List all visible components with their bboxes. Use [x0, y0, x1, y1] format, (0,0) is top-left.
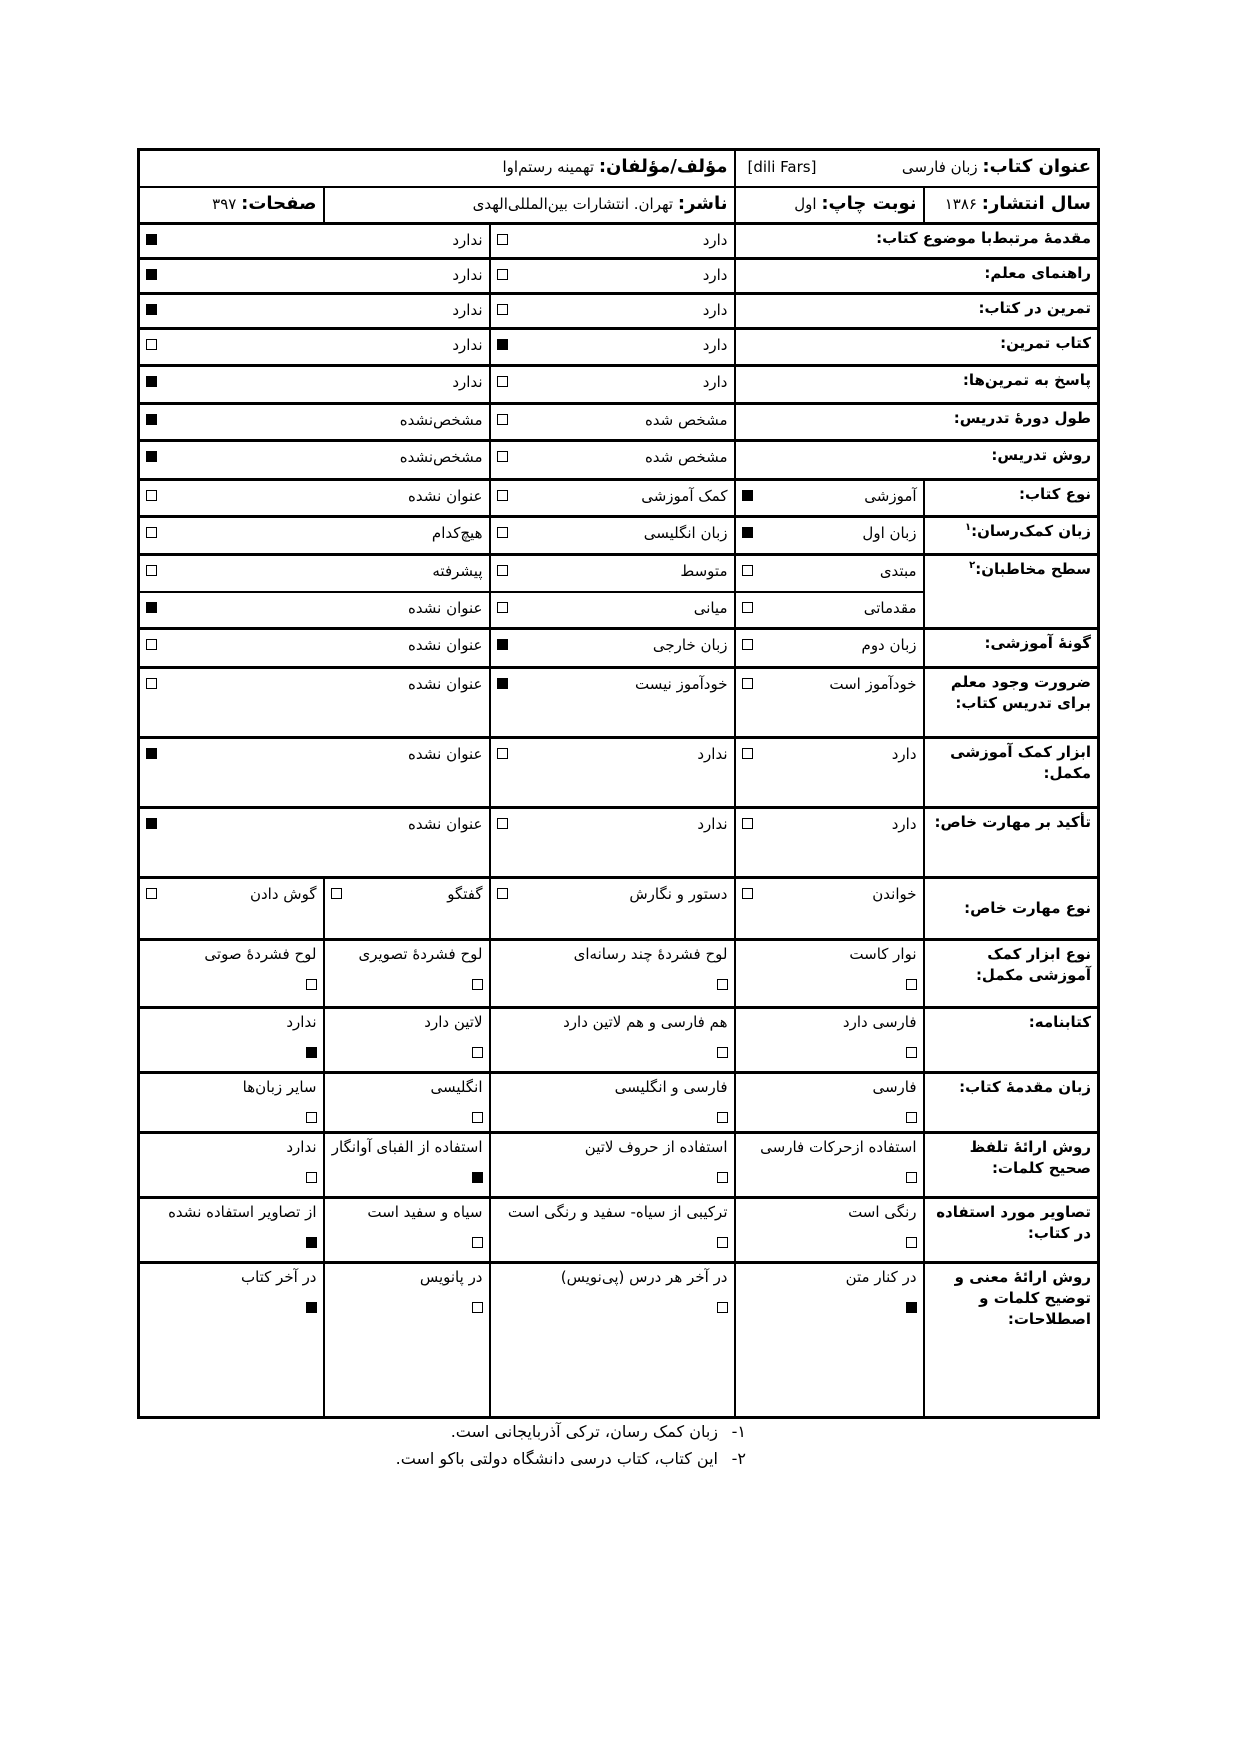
option[interactable]: دارد: [742, 742, 917, 765]
checkbox-checked-icon[interactable]: [306, 1302, 317, 1313]
checkbox-checked-icon[interactable]: [497, 639, 508, 650]
option[interactable]: سیاه و سفید است: [331, 1202, 483, 1248]
option[interactable]: ندارد: [146, 263, 483, 286]
option[interactable]: ندارد: [146, 228, 483, 251]
option[interactable]: میانی: [497, 596, 728, 619]
option[interactable]: زبان دوم: [742, 633, 917, 656]
option-cell: عنوان نشده: [139, 808, 490, 878]
field-label: روش ارائهٔ تلفظ صحیح کلمات:: [924, 1133, 1099, 1198]
form-row: گونهٔ آموزشی:زبان دومزبان خارجیعنوان نشد…: [139, 629, 1099, 668]
checkbox-checked-icon[interactable]: [146, 451, 157, 462]
option-cell: مشخص‌نشده: [139, 441, 490, 480]
option-label: لوح فشردهٔ صوتی: [146, 944, 317, 965]
title-latin: [dili Fars]: [748, 157, 817, 178]
footnote-1: ۱-زبان کمک رسان، ترکی آذربایجانی است.: [396, 1418, 746, 1445]
option[interactable]: خودآموز نیست: [497, 672, 728, 695]
option-cell: ترکیبی از سیاه- سفید و رنگی است: [490, 1198, 735, 1263]
option-cell: نوار کاست: [735, 940, 924, 1008]
option[interactable]: دارد: [497, 370, 728, 393]
option-cell: مشخص‌نشده: [139, 404, 490, 441]
option-cell: عنوان نشده: [139, 738, 490, 808]
option[interactable]: ندارد: [497, 742, 728, 765]
option-label: زبان انگلیسی: [644, 521, 728, 544]
checkbox-checked-icon[interactable]: [146, 234, 157, 245]
option-cell: هیچ‌کدام: [139, 517, 490, 555]
option-label: متوسط: [680, 559, 727, 582]
checkbox-checked-icon[interactable]: [146, 748, 157, 759]
option-label: کمک آموزشی: [641, 484, 727, 507]
checkbox-unchecked-icon[interactable]: [146, 565, 157, 576]
option[interactable]: استفاده از حروف لاتین: [497, 1137, 728, 1183]
form-row: نوع ابزار کمک آموزشی مکمل:نوار کاستلوح ف…: [139, 940, 1099, 1008]
option-label: در آخر هر درس (پی‌نویس): [497, 1267, 728, 1288]
option[interactable]: پیشرفته: [146, 559, 483, 582]
option-cell: ندارد: [139, 259, 490, 294]
option-cell: در کنار متن: [735, 1263, 924, 1418]
option-label: عنوان نشده: [408, 633, 482, 656]
field-label: تمرین در کتاب:: [735, 294, 1099, 329]
option[interactable]: لوح فشردهٔ چند رسانه‌ای: [497, 944, 728, 990]
checkbox-unchecked-icon[interactable]: [742, 818, 753, 829]
option-label: دستور و نگارش: [629, 882, 727, 905]
field-label: مقدمهٔ مرتبط‌با موضوع کتاب:: [735, 224, 1099, 259]
option-cell: از تصاویر استفاده نشده: [139, 1198, 324, 1263]
checkbox-unchecked-icon[interactable]: [472, 1302, 483, 1313]
option[interactable]: رنگی است: [742, 1202, 917, 1248]
option[interactable]: مقدماتی: [742, 596, 917, 619]
checkbox-unchecked-icon[interactable]: [742, 602, 753, 613]
option[interactable]: مشخص‌نشده: [146, 445, 483, 468]
field-label: کتابنامه:: [924, 1008, 1099, 1073]
checkbox-unchecked-icon[interactable]: [497, 451, 508, 462]
option-label: زبان خارجی: [653, 633, 728, 656]
option-label: فارسی دارد: [742, 1012, 917, 1033]
option[interactable]: در آخر کتاب: [146, 1267, 317, 1313]
field-label: ابزار کمک آموزشی مکمل:: [924, 738, 1099, 808]
option[interactable]: مشخص‌نشده: [146, 408, 483, 431]
form-row: کتاب تمرین:داردندارد: [139, 329, 1099, 366]
title-value: زبان فارسی: [902, 158, 978, 176]
checkbox-unchecked-icon[interactable]: [497, 888, 508, 899]
option-cell: هم فارسی و هم لاتین دارد: [490, 1008, 735, 1073]
checkbox-unchecked-icon[interactable]: [306, 1112, 317, 1123]
option-label: انگلیسی: [331, 1077, 483, 1098]
option-label: گوش دادن: [250, 882, 317, 905]
option-label: ندارد: [146, 1137, 317, 1158]
book-review-form: عنوان کتاب: زبان فارسی [dili Fars] مؤلف/…: [137, 148, 1100, 1419]
publisher-cell: ناشر: تهران. انتشارات بین‌المللی‌الهدی: [324, 187, 735, 224]
option-label: لاتین دارد: [331, 1012, 483, 1033]
option-cell: استفاده از حروف لاتین: [490, 1133, 735, 1198]
option-label: دارد: [892, 812, 917, 835]
option-cell: سیاه و سفید است: [324, 1198, 490, 1263]
option[interactable]: عنوان نشده: [146, 596, 483, 619]
option-label: زبان اول: [862, 521, 916, 544]
option-cell: مشخص شده: [490, 441, 735, 480]
pages-label: صفحات:: [241, 193, 316, 214]
option-cell: انگلیسی: [324, 1073, 490, 1133]
option[interactable]: زبان اول: [742, 521, 917, 544]
field-label: زبان کمک‌رسان:۱: [924, 517, 1099, 555]
option[interactable]: عنوان نشده: [146, 742, 483, 765]
checkbox-unchecked-icon[interactable]: [906, 1237, 917, 1248]
option[interactable]: دارد: [497, 333, 728, 356]
checkbox-unchecked-icon[interactable]: [497, 602, 508, 613]
option-label: زبان دوم: [862, 633, 917, 656]
field-label: زبان مقدمهٔ کتاب:: [924, 1073, 1099, 1133]
form-row: مقدمهٔ مرتبط‌با موضوع کتاب:داردندارد: [139, 224, 1099, 259]
checkbox-unchecked-icon[interactable]: [742, 678, 753, 689]
option-label: سیاه و سفید است: [331, 1202, 483, 1223]
option-cell: لاتین دارد: [324, 1008, 490, 1073]
option-cell: دارد: [735, 738, 924, 808]
option[interactable]: انگلیسی: [331, 1077, 483, 1123]
field-label: کتاب تمرین:: [735, 329, 1099, 366]
option-cell: آموزشی: [735, 480, 924, 517]
option[interactable]: زبان خارجی: [497, 633, 728, 656]
checkbox-unchecked-icon[interactable]: [497, 818, 508, 829]
option-cell: رنگی است: [735, 1198, 924, 1263]
option[interactable]: هم فارسی و هم لاتین دارد: [497, 1012, 728, 1058]
header-row-publication: سال انتشار: ۱۳۸۶ نوبت چاپ: اول ناشر: تهر…: [139, 187, 1099, 224]
checkbox-checked-icon[interactable]: [146, 376, 157, 387]
option-label: ندارد: [452, 263, 482, 286]
option[interactable]: خودآموز است: [742, 672, 917, 695]
option-label: در کنار متن: [742, 1267, 917, 1288]
option-label: مشخص شده: [645, 408, 728, 431]
option-cell: عنوان نشده: [139, 629, 490, 668]
option[interactable]: لوح فشردهٔ تصویری: [331, 944, 483, 990]
checkbox-unchecked-icon[interactable]: [497, 490, 508, 501]
title-cell: عنوان کتاب: زبان فارسی [dili Fars]: [735, 150, 1099, 187]
option-label: مشخص شده: [645, 445, 728, 468]
field-label: نوع مهارت خاص:: [924, 878, 1099, 940]
option-label: عنوان نشده: [408, 812, 482, 835]
option-label: پیشرفته: [432, 559, 482, 582]
option-label: ترکیبی از سیاه- سفید و رنگی است: [497, 1202, 728, 1223]
checkbox-checked-icon[interactable]: [742, 490, 753, 501]
option[interactable]: ندارد: [146, 298, 483, 321]
form-row: روش تدریس:مشخص شدهمشخص‌نشده: [139, 441, 1099, 480]
option-label: ندارد: [452, 228, 482, 251]
publisher-label: ناشر:: [678, 193, 728, 214]
option[interactable]: متوسط: [497, 559, 728, 582]
option[interactable]: نوار کاست: [742, 944, 917, 990]
option[interactable]: در پانویس: [331, 1267, 483, 1313]
form-row: تصاویر مورد استفاده در کتاب:رنگی استترکی…: [139, 1198, 1099, 1263]
option-cell: عنوان نشده: [139, 592, 490, 629]
checkbox-unchecked-icon[interactable]: [742, 565, 753, 576]
checkbox-unchecked-icon[interactable]: [331, 888, 342, 899]
option[interactable]: عنوان نشده: [146, 812, 483, 835]
option-label: مشخص‌نشده: [400, 445, 483, 468]
option[interactable]: ندارد: [146, 333, 483, 356]
option-cell: گوش دادن: [139, 878, 324, 940]
option[interactable]: عنوان نشده: [146, 633, 483, 656]
option[interactable]: فارسی و انگلیسی: [497, 1077, 728, 1123]
option-cell: دستور و نگارش: [490, 878, 735, 940]
form-row: راهنمای معلم:داردندارد: [139, 259, 1099, 294]
checkbox-unchecked-icon[interactable]: [146, 888, 157, 899]
checkbox-unchecked-icon[interactable]: [717, 1302, 728, 1313]
publisher-value: تهران. انتشارات بین‌المللی‌الهدی: [473, 195, 673, 213]
field-label: تصاویر مورد استفاده در کتاب:: [924, 1198, 1099, 1263]
checkbox-unchecked-icon[interactable]: [146, 678, 157, 689]
option[interactable]: گفتگو: [331, 882, 483, 905]
checkbox-unchecked-icon[interactable]: [472, 1112, 483, 1123]
option[interactable]: استفاده از الفبای آوانگار: [331, 1137, 483, 1183]
option-label: ندارد: [697, 812, 727, 835]
checkbox-unchecked-icon[interactable]: [497, 304, 508, 315]
checkbox-checked-icon[interactable]: [306, 1047, 317, 1058]
checkbox-checked-icon[interactable]: [497, 678, 508, 689]
author-cell: مؤلف/مؤلفان: تهمینه رستم‌اوا: [139, 150, 735, 187]
checkbox-checked-icon[interactable]: [146, 414, 157, 425]
checkbox-checked-icon[interactable]: [472, 1172, 483, 1183]
option[interactable]: فارسی: [742, 1077, 917, 1123]
field-label: پاسخ به تمرین‌ها:: [735, 366, 1099, 404]
option[interactable]: گوش دادن: [146, 882, 317, 905]
option[interactable]: در آخر هر درس (پی‌نویس): [497, 1267, 728, 1313]
field-label: راهنمای معلم:: [735, 259, 1099, 294]
option-cell: در آخر کتاب: [139, 1263, 324, 1418]
option-cell: دارد: [490, 366, 735, 404]
option-label: در پانویس: [331, 1267, 483, 1288]
option[interactable]: آموزشی: [742, 484, 917, 507]
checkbox-unchecked-icon[interactable]: [717, 1172, 728, 1183]
field-label: روش ارائهٔ معنی و توضیح کلمات و اصطلاحات…: [924, 1263, 1099, 1418]
option[interactable]: دارد: [497, 228, 728, 251]
checkbox-unchecked-icon[interactable]: [497, 527, 508, 538]
option-label: فارسی و انگلیسی: [497, 1077, 728, 1098]
option[interactable]: دارد: [497, 298, 728, 321]
option[interactable]: از تصاویر استفاده نشده: [146, 1202, 317, 1248]
option-cell: میانی: [490, 592, 735, 629]
option-cell: سایر زبان‌ها: [139, 1073, 324, 1133]
option-cell: ندارد: [139, 294, 490, 329]
option-cell: پیشرفته: [139, 555, 490, 592]
checkbox-unchecked-icon[interactable]: [146, 339, 157, 350]
option-label: ندارد: [697, 742, 727, 765]
option-cell: ندارد: [139, 329, 490, 366]
option-label: لوح فشردهٔ چند رسانه‌ای: [497, 944, 728, 965]
checkbox-checked-icon[interactable]: [146, 818, 157, 829]
option-cell: خواندن: [735, 878, 924, 940]
checkbox-unchecked-icon[interactable]: [497, 234, 508, 245]
option-label: عنوان نشده: [408, 596, 482, 619]
form-row: ابزار کمک آموزشی مکمل:داردنداردعنوان نشد…: [139, 738, 1099, 808]
option-cell: دارد: [490, 259, 735, 294]
option-label: دارد: [703, 333, 728, 356]
option[interactable]: ترکیبی از سیاه- سفید و رنگی است: [497, 1202, 728, 1248]
option[interactable]: سایر زبان‌ها: [146, 1077, 317, 1123]
option[interactable]: مشخص شده: [497, 408, 728, 431]
checkbox-unchecked-icon[interactable]: [146, 527, 157, 538]
option[interactable]: فارسی دارد: [742, 1012, 917, 1058]
option-label: مبتدی: [880, 559, 917, 582]
option-cell: ندارد: [139, 1133, 324, 1198]
option[interactable]: لوح فشردهٔ صوتی: [146, 944, 317, 990]
form-row: پاسخ به تمرین‌ها:داردندارد: [139, 366, 1099, 404]
option[interactable]: دستور و نگارش: [497, 882, 728, 905]
option[interactable]: استفاده ازحرکات فارسی: [742, 1137, 917, 1183]
option-label: ندارد: [452, 298, 482, 321]
option[interactable]: ندارد: [146, 1137, 317, 1183]
option-label: آموزشی: [864, 484, 916, 507]
checkbox-unchecked-icon[interactable]: [742, 748, 753, 759]
option-cell: ندارد: [139, 1008, 324, 1073]
option-cell: استفاده ازحرکات فارسی: [735, 1133, 924, 1198]
option[interactable]: در کنار متن: [742, 1267, 917, 1313]
checkbox-unchecked-icon[interactable]: [497, 414, 508, 425]
field-label: ضرورت وجود معلم برای تدریس کتاب:: [924, 668, 1099, 738]
option-label: عنوان نشده: [408, 742, 482, 765]
option-label: عنوان نشده: [408, 484, 482, 507]
option-cell: لوح فشردهٔ صوتی: [139, 940, 324, 1008]
option-label: در آخر کتاب: [146, 1267, 317, 1288]
option-cell: خودآموز نیست: [490, 668, 735, 738]
checkbox-unchecked-icon[interactable]: [717, 1047, 728, 1058]
checkbox-checked-icon[interactable]: [906, 1302, 917, 1313]
checkbox-checked-icon[interactable]: [146, 304, 157, 315]
checkbox-checked-icon[interactable]: [146, 269, 157, 280]
option-label: ندارد: [452, 333, 482, 356]
year-value: ۱۳۸۶: [945, 195, 977, 213]
form-row: کتابنامه:فارسی داردهم فارسی و هم لاتین د…: [139, 1008, 1099, 1073]
option[interactable]: مبتدی: [742, 559, 917, 582]
checkbox-unchecked-icon[interactable]: [497, 565, 508, 576]
option-cell: ندارد: [490, 808, 735, 878]
checkbox-checked-icon[interactable]: [146, 602, 157, 613]
option-label: نوار کاست: [742, 944, 917, 965]
form-row: سطح مخاطبان:۲مبتدیمتوسطپیشرفته: [139, 555, 1099, 592]
checkbox-unchecked-icon[interactable]: [742, 639, 753, 650]
form-row: زبان مقدمهٔ کتاب:فارسیفارسی و انگلیسیانگ…: [139, 1073, 1099, 1133]
field-label: طول دورهٔ تدریس:: [735, 404, 1099, 441]
checkbox-unchecked-icon[interactable]: [497, 269, 508, 280]
checkbox-unchecked-icon[interactable]: [472, 979, 483, 990]
pages-cell: صفحات: ۳۹۷: [139, 187, 324, 224]
checkbox-unchecked-icon[interactable]: [906, 1112, 917, 1123]
form-row: زبان کمک‌رسان:۱زبان اولزبان انگلیسیهیچ‌ک…: [139, 517, 1099, 555]
checkbox-unchecked-icon[interactable]: [717, 1112, 728, 1123]
checkbox-checked-icon[interactable]: [306, 1237, 317, 1248]
option-label: خودآموز نیست: [635, 672, 727, 695]
option-label: هم فارسی و هم لاتین دارد: [497, 1012, 728, 1033]
option-cell: زبان اول: [735, 517, 924, 555]
author-label: مؤلف/مؤلفان:: [599, 156, 728, 177]
option-label: دارد: [703, 298, 728, 321]
option[interactable]: خواندن: [742, 882, 917, 905]
option-label: فارسی: [742, 1077, 917, 1098]
checkbox-checked-icon[interactable]: [497, 339, 508, 350]
document-page: عنوان کتاب: زبان فارسی [dili Fars] مؤلف/…: [0, 0, 1241, 1755]
option[interactable]: لاتین دارد: [331, 1012, 483, 1058]
option-cell: مشخص شده: [490, 404, 735, 441]
option-cell: لوح فشردهٔ چند رسانه‌ای: [490, 940, 735, 1008]
checkbox-unchecked-icon[interactable]: [472, 1237, 483, 1248]
footnote-2: ۲-این کتاب، کتاب درسی دانشگاه دولتی باکو…: [396, 1445, 746, 1472]
checkbox-unchecked-icon[interactable]: [146, 639, 157, 650]
author-value: تهمینه رستم‌اوا: [503, 158, 595, 176]
edition-cell: نوبت چاپ: اول: [735, 187, 924, 224]
checkbox-unchecked-icon[interactable]: [306, 979, 317, 990]
year-cell: سال انتشار: ۱۳۸۶: [924, 187, 1099, 224]
checkbox-unchecked-icon[interactable]: [146, 490, 157, 501]
form-row: ضرورت وجود معلم برای تدریس کتاب:خودآموز …: [139, 668, 1099, 738]
option-label: از تصاویر استفاده نشده: [146, 1202, 317, 1223]
checkbox-unchecked-icon[interactable]: [717, 979, 728, 990]
option[interactable]: هیچ‌کدام: [146, 521, 483, 544]
option-label: مقدماتی: [864, 596, 917, 619]
option[interactable]: کمک آموزشی: [497, 484, 728, 507]
option-label: دارد: [703, 228, 728, 251]
option[interactable]: ندارد: [497, 812, 728, 835]
option-label: دارد: [703, 370, 728, 393]
option[interactable]: عنوان نشده: [146, 672, 483, 695]
edition-value: اول: [794, 195, 816, 213]
option-label: خودآموز است: [829, 672, 916, 695]
option[interactable]: ندارد: [146, 370, 483, 393]
option-cell: فارسی دارد: [735, 1008, 924, 1073]
option-cell: استفاده از الفبای آوانگار: [324, 1133, 490, 1198]
option-label: رنگی است: [742, 1202, 917, 1223]
field-label: روش تدریس:: [735, 441, 1099, 480]
option-label: استفاده ازحرکات فارسی: [742, 1137, 917, 1158]
option-cell: عنوان نشده: [139, 668, 490, 738]
option-cell: زبان انگلیسی: [490, 517, 735, 555]
pages-value: ۳۹۷: [212, 195, 236, 213]
form-row: طول دورهٔ تدریس:مشخص شدهمشخص‌نشده: [139, 404, 1099, 441]
option-cell: عنوان نشده: [139, 480, 490, 517]
checkbox-unchecked-icon[interactable]: [472, 1047, 483, 1058]
checkbox-unchecked-icon[interactable]: [906, 1047, 917, 1058]
option[interactable]: ندارد: [146, 1012, 317, 1058]
option-cell: لوح فشردهٔ تصویری: [324, 940, 490, 1008]
header-row-title: عنوان کتاب: زبان فارسی [dili Fars] مؤلف/…: [139, 150, 1099, 187]
checkbox-unchecked-icon[interactable]: [306, 1172, 317, 1183]
option[interactable]: دارد: [742, 812, 917, 835]
option-label: سایر زبان‌ها: [146, 1077, 317, 1098]
option-cell: فارسی و انگلیسی: [490, 1073, 735, 1133]
option[interactable]: عنوان نشده: [146, 484, 483, 507]
checkbox-unchecked-icon[interactable]: [497, 748, 508, 759]
option-label: مشخص‌نشده: [400, 408, 483, 431]
checkbox-unchecked-icon[interactable]: [717, 1237, 728, 1248]
checkbox-checked-icon[interactable]: [742, 527, 753, 538]
checkbox-unchecked-icon[interactable]: [906, 1172, 917, 1183]
checkbox-unchecked-icon[interactable]: [906, 979, 917, 990]
form-row: روش ارائهٔ معنی و توضیح کلمات و اصطلاحات…: [139, 1263, 1099, 1418]
field-label: تأکید بر مهارت خاص:: [924, 808, 1099, 878]
option[interactable]: دارد: [497, 263, 728, 286]
checkbox-unchecked-icon[interactable]: [497, 376, 508, 387]
option-cell: در آخر هر درس (پی‌نویس): [490, 1263, 735, 1418]
footnotes: ۱-زبان کمک رسان، ترکی آذربایجانی است. ۲-…: [396, 1418, 746, 1472]
option-label: استفاده از الفبای آوانگار: [331, 1137, 483, 1158]
option-cell: دارد: [490, 329, 735, 366]
option-label: خواندن: [872, 882, 916, 905]
option-cell: خودآموز است: [735, 668, 924, 738]
checkbox-unchecked-icon[interactable]: [742, 888, 753, 899]
option-label: عنوان نشده: [408, 672, 482, 695]
option-cell: ندارد: [139, 366, 490, 404]
option[interactable]: مشخص شده: [497, 445, 728, 468]
option-cell: گفتگو: [324, 878, 490, 940]
option-label: لوح فشردهٔ تصویری: [331, 944, 483, 965]
option[interactable]: زبان انگلیسی: [497, 521, 728, 544]
option-label: گفتگو: [447, 882, 482, 905]
